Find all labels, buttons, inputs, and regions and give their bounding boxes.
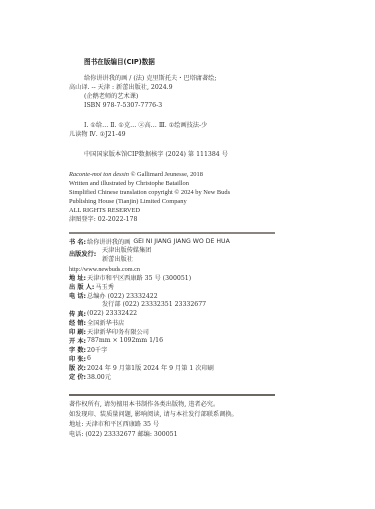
colophon-distributor: 经 销: 全国新华书店 [69, 318, 124, 327]
copyright-registration: 津图登字: 02-2022-178 [69, 217, 137, 223]
wordcount-label: 字 数: [69, 345, 86, 354]
copyright-author: Written and illustrated by Christophe Ba… [69, 181, 189, 187]
colophon-address: 地 址: 天津市和平区西康路 35 号 (300051) [69, 273, 191, 282]
publisher-line1: 天津出版传媒集团 [102, 248, 152, 254]
sheets-value: 6 [87, 355, 91, 362]
colophon-fax: 传 真: (022) 23332422 [69, 309, 137, 318]
edition-value: 2024 年 9 月第1版 2024 年 9 月第 1 次印刷 [87, 363, 214, 372]
colophon-book-title: 书 名: 给你讲讲我的画 GEI NI JIANG JIANG WO DE HU… [69, 237, 230, 246]
cip-classification-line2: 儿读物 Ⅳ. ①J21-49 [69, 132, 126, 138]
fax-label: 传 真: [69, 309, 86, 318]
wordcount-value: 20千字 [87, 345, 107, 354]
price-value: 38.00元 [87, 372, 111, 381]
publisher-person-value: 马玉秀 [95, 282, 114, 291]
cip-line-title: 给你讲讲我的画 / (法) 克里斯托夫・巴塔庸著绘; [84, 76, 216, 82]
cip-line-publisher: 高山译. -- 天津 : 新蕾出版社, 2024.9 [69, 85, 173, 91]
book-title-pinyin: GEI NI JIANG JIANG WO DE HUA [133, 238, 229, 245]
book-title-value: 给你讲讲我的画 [87, 237, 130, 246]
colophon-price: 定 价: 38.00元 [69, 372, 111, 381]
colophon-sheets: 印 张: 6 [69, 354, 91, 363]
cip-classification-line1: Ⅰ. ①给… Ⅱ. ①克… ②高… Ⅲ. ①绘画技法-少 [84, 123, 207, 129]
divider-top [69, 232, 275, 234]
colophon-wordcount: 字 数: 20千字 [69, 345, 107, 354]
edition-label: 版 次: [69, 363, 86, 372]
footer-contact: 电话: (022) 23332677 邮编: 300051 [69, 432, 178, 438]
cip-line-isbn: ISBN 978-7-5307-7776-3 [84, 103, 162, 109]
copyright-page: 图书在版编目(CIP)数据 给你讲讲我的画 / (法) 克里斯托夫・巴塔庸著绘;… [0, 0, 375, 509]
sheets-label: 印 张: [69, 354, 86, 363]
printer-label: 印 刷: [69, 327, 86, 336]
colophon-edition: 版 次: 2024 年 9 月第1版 2024 年 9 月第 1 次印刷 [69, 363, 214, 372]
printer-value: 天津新华印务有限公司 [87, 327, 149, 336]
copyright-reserved: ALL RIGHTS RESERVED [69, 208, 140, 214]
phone-line1: 总编办 (022) 23332422 [87, 291, 158, 300]
book-title-label: 书 名: [69, 237, 86, 246]
copyright-translation: Simplified Chinese translation copyright… [69, 190, 230, 196]
format-label: 开 本: [69, 336, 86, 345]
address-label: 地 址: [69, 273, 86, 282]
phone-line2: 发行部 (022) 23332351 23332677 [102, 302, 206, 308]
cip-heading: 图书在版编目(CIP)数据 [84, 59, 155, 66]
footer-quality-notice: 如发现印、装质量问题, 影响阅读, 请与本社发行部联系调换。 [69, 412, 238, 418]
copyright-original: Raconte-moi ton dessin © Gallimard Jeune… [69, 172, 203, 178]
footer-copyright-notice: 著作权所有, 请勿擅用本书制作各类出版物, 违者必究。 [69, 402, 219, 408]
publisher-label: 出版发行: [69, 252, 96, 258]
footer-address: 地址: 天津市和平区西康路 35 号 [69, 422, 159, 428]
colophon-format: 开 本: 787mm × 1092mm 1/16 [69, 336, 163, 345]
distributor-label: 经 销: [69, 318, 86, 327]
format-value: 787mm × 1092mm 1/16 [87, 337, 163, 344]
divider-bottom [69, 394, 275, 396]
address-value: 天津市和平区西康路 35 号 (300051) [87, 273, 191, 282]
colophon-phone: 电 话: 总编办 (022) 23332422 [69, 291, 158, 300]
original-title: Raconte-moi ton dessin [69, 171, 129, 178]
distributor-value: 全国新华书店 [87, 318, 124, 327]
cip-number: 中国国家版本馆CIP数据核字 (2024) 第 111384 号 [84, 152, 228, 158]
publisher-line2: 新蕾出版社 [102, 257, 133, 263]
colophon-printer: 印 刷: 天津新华印务有限公司 [69, 327, 149, 336]
price-label: 定 价: [69, 372, 86, 381]
original-copyright: © Gallimard Jeunesse, 2018 [129, 171, 203, 178]
cip-line-series: (企鹅老师的艺术课) [84, 94, 138, 100]
phone-label: 电 话: [69, 291, 86, 300]
fax-value: (022) 23332422 [87, 310, 137, 317]
copyright-publisher: Publishing House (Tianjin) Limited Compa… [69, 199, 187, 205]
publisher-person-label: 出 版 人: [69, 282, 94, 291]
colophon-publisher-person: 出 版 人: 马玉秀 [69, 282, 114, 291]
